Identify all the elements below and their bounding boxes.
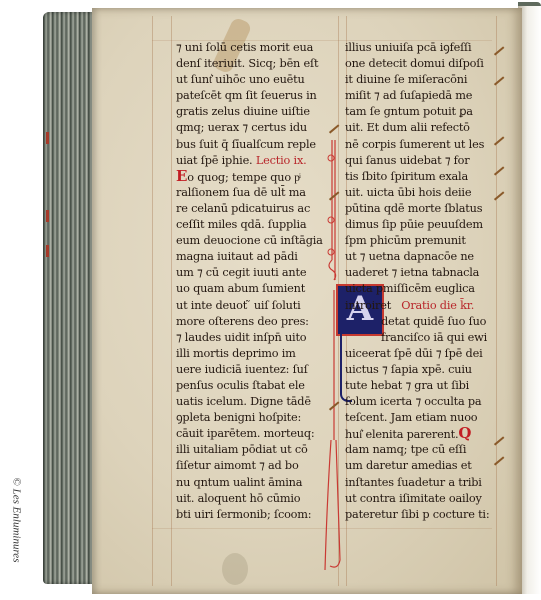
text-line: uit. aloquent hō cūmio bbox=[176, 491, 336, 507]
text-line: teſcent. Jam etiam nuoo bbox=[345, 410, 495, 426]
text-line: tam ſe gntum potuit ꝑa bbox=[345, 104, 495, 120]
text-line: uere iudiciā iuentez: ſuſ bbox=[176, 362, 336, 378]
text-column-left: ⁊ uni ſolū cetis morit eua denſ iteriuit… bbox=[176, 40, 336, 523]
book-fore-edge bbox=[43, 12, 93, 584]
line-text: o quog; tempe quo pͥ bbox=[187, 171, 300, 184]
text-line: nē corpis ſumerent ut les bbox=[345, 137, 495, 153]
text-line: qmq; uerax ⁊ certus idu bbox=[176, 120, 336, 136]
copyright-symbol: © bbox=[10, 478, 22, 486]
text-line: inſtantes ſuadetur a tribi bbox=[345, 475, 495, 491]
text-line: ut ſunt͛ uihōc uno euētu bbox=[176, 72, 336, 88]
text-line: uit. uicta ūbi hois deiie bbox=[345, 185, 495, 201]
text-line: uiat ſpē iphie. Lectio ix. bbox=[176, 153, 336, 169]
text-column-right: illius uniuiſa pcā iꝯfeſſi one detecit d… bbox=[345, 40, 495, 523]
ruling-line bbox=[152, 16, 153, 586]
text-line: tis ſbito ſpiritum exala bbox=[345, 169, 495, 185]
text-line: uo quam abum ſumient bbox=[176, 281, 336, 297]
text-line: uictus ⁊ ſapia xpē. cuiu bbox=[345, 362, 495, 378]
ribbon-marker bbox=[46, 210, 49, 222]
text-line: ⁊ laudes uidit inſpn̄ uito bbox=[176, 330, 336, 346]
text-line: introiret Oratio die k̄r. bbox=[345, 298, 495, 314]
text-line: ut inte deuot ̃ uiſ ſoluti bbox=[176, 298, 336, 314]
text-line: bti uiri ſermonib; ſcoom: bbox=[176, 507, 336, 523]
text-line: illi uitaliam pōdiat ut cō bbox=[176, 442, 336, 458]
text-line: denſ iteriuit. Sicq; bēn eſt bbox=[176, 56, 336, 72]
text-line: uicta pmiſſicēm euglica bbox=[345, 281, 495, 297]
text-line: ceſſit miles qdā. ſupplia bbox=[176, 217, 336, 233]
text-line: dimus ſip pūie peuuſdem bbox=[345, 217, 495, 233]
text-line: ſiſetur aimomt ⁊ ad bo bbox=[176, 458, 336, 474]
text-line: re celanū pdicatuirus ac bbox=[176, 201, 336, 217]
rubric-oratio: Oratio die k̄r. bbox=[401, 299, 474, 312]
text-line: cāuit iparētem. morteuq: bbox=[176, 426, 336, 442]
ruling-line bbox=[496, 16, 497, 586]
text-line: ſpm phicūm premunit bbox=[345, 233, 495, 249]
text-line: Eo quog; tempe quo pͥ bbox=[176, 169, 336, 185]
line-text: uiat ſpē iphie. bbox=[176, 154, 252, 167]
text-line: tute hebat ⁊ gra ut ſibi bbox=[345, 378, 495, 394]
text-line: pateretur ſibi p cocture ti: bbox=[345, 507, 495, 523]
text-line: miſit ⁊ ad ſuſapiedā me bbox=[345, 88, 495, 104]
text-line: um ⁊ cū cegit iuuti ante bbox=[176, 265, 336, 281]
red-initial: Q bbox=[458, 426, 471, 440]
text-line: uiceerat ſpē dūi ⁊ ſpē dei bbox=[345, 346, 495, 362]
text-line: ⁊ uni ſolū cetis morit eua bbox=[176, 40, 336, 56]
text-line: um daretur amedias et bbox=[345, 458, 495, 474]
text-line: ut contra iſimitate oailoy bbox=[345, 491, 495, 507]
text-line: one detecit domui diſpoſi bbox=[345, 56, 495, 72]
text-line: dam namq; tpe cū eſſi bbox=[345, 442, 495, 458]
text-line: it diuine ſe miſeracōni bbox=[345, 72, 495, 88]
ribbon-marker bbox=[46, 132, 49, 144]
text-line: qui ſanus uidebat ⁊ for bbox=[345, 153, 495, 169]
text-line: pūtina qdē morte ſblatus bbox=[345, 201, 495, 217]
text-line: illi mortis deprimo im bbox=[176, 346, 336, 362]
line-text: hui͛ elenita parerent. bbox=[345, 428, 458, 441]
rubric-lectio: Lectio ix. bbox=[256, 154, 307, 167]
text-line: franciſco iā qui ewi bbox=[345, 330, 495, 346]
text-line: uit. Et dum alii refectō bbox=[345, 120, 495, 136]
red-initial: E bbox=[176, 169, 187, 183]
text-line: illius uniuiſa pcā iꝯfeſſi bbox=[345, 40, 495, 56]
text-line: hui͛ elenita parerent.Q bbox=[345, 426, 495, 442]
text-line: penſus oculis ſtabat ele bbox=[176, 378, 336, 394]
ruling-line bbox=[171, 16, 172, 586]
line-text: introiret bbox=[345, 299, 391, 312]
credit-text: Les Enluminures bbox=[10, 489, 22, 563]
text-line: eum deuocione cū inſtāgia bbox=[176, 233, 336, 249]
text-line: ut ⁊ uetna dapnacōe ne bbox=[345, 249, 495, 265]
text-line: more oſterens deo pres: bbox=[176, 314, 336, 330]
text-line: pateſcēt qm ſit ſeuerus in bbox=[176, 88, 336, 104]
text-line: ralſionem ſua dē ult̄ ma bbox=[176, 185, 336, 201]
text-line: magna iuitaut ad pādi bbox=[176, 249, 336, 265]
stain bbox=[222, 553, 248, 585]
text-line: uatis icelum. Digne tādē bbox=[176, 394, 336, 410]
text-line: bus ſuit q̄ ſīualſcum reple bbox=[176, 137, 336, 153]
text-line: uaderet ⁊ ietna tabnacla bbox=[345, 265, 495, 281]
text-line: nu qntum ualint āmina bbox=[176, 475, 336, 491]
text-line: gratis zelus diuine uiſtie bbox=[176, 104, 336, 120]
text-line: ꝯpleta benigni hoſpite: bbox=[176, 410, 336, 426]
ribbon-marker bbox=[46, 245, 49, 257]
text-line: ſolum icerta ⁊ occulta pa bbox=[345, 394, 495, 410]
text-line: detat quidē ſuo ſuo bbox=[345, 314, 495, 330]
copyright-credit: © Les Enluminures bbox=[4, 460, 28, 580]
